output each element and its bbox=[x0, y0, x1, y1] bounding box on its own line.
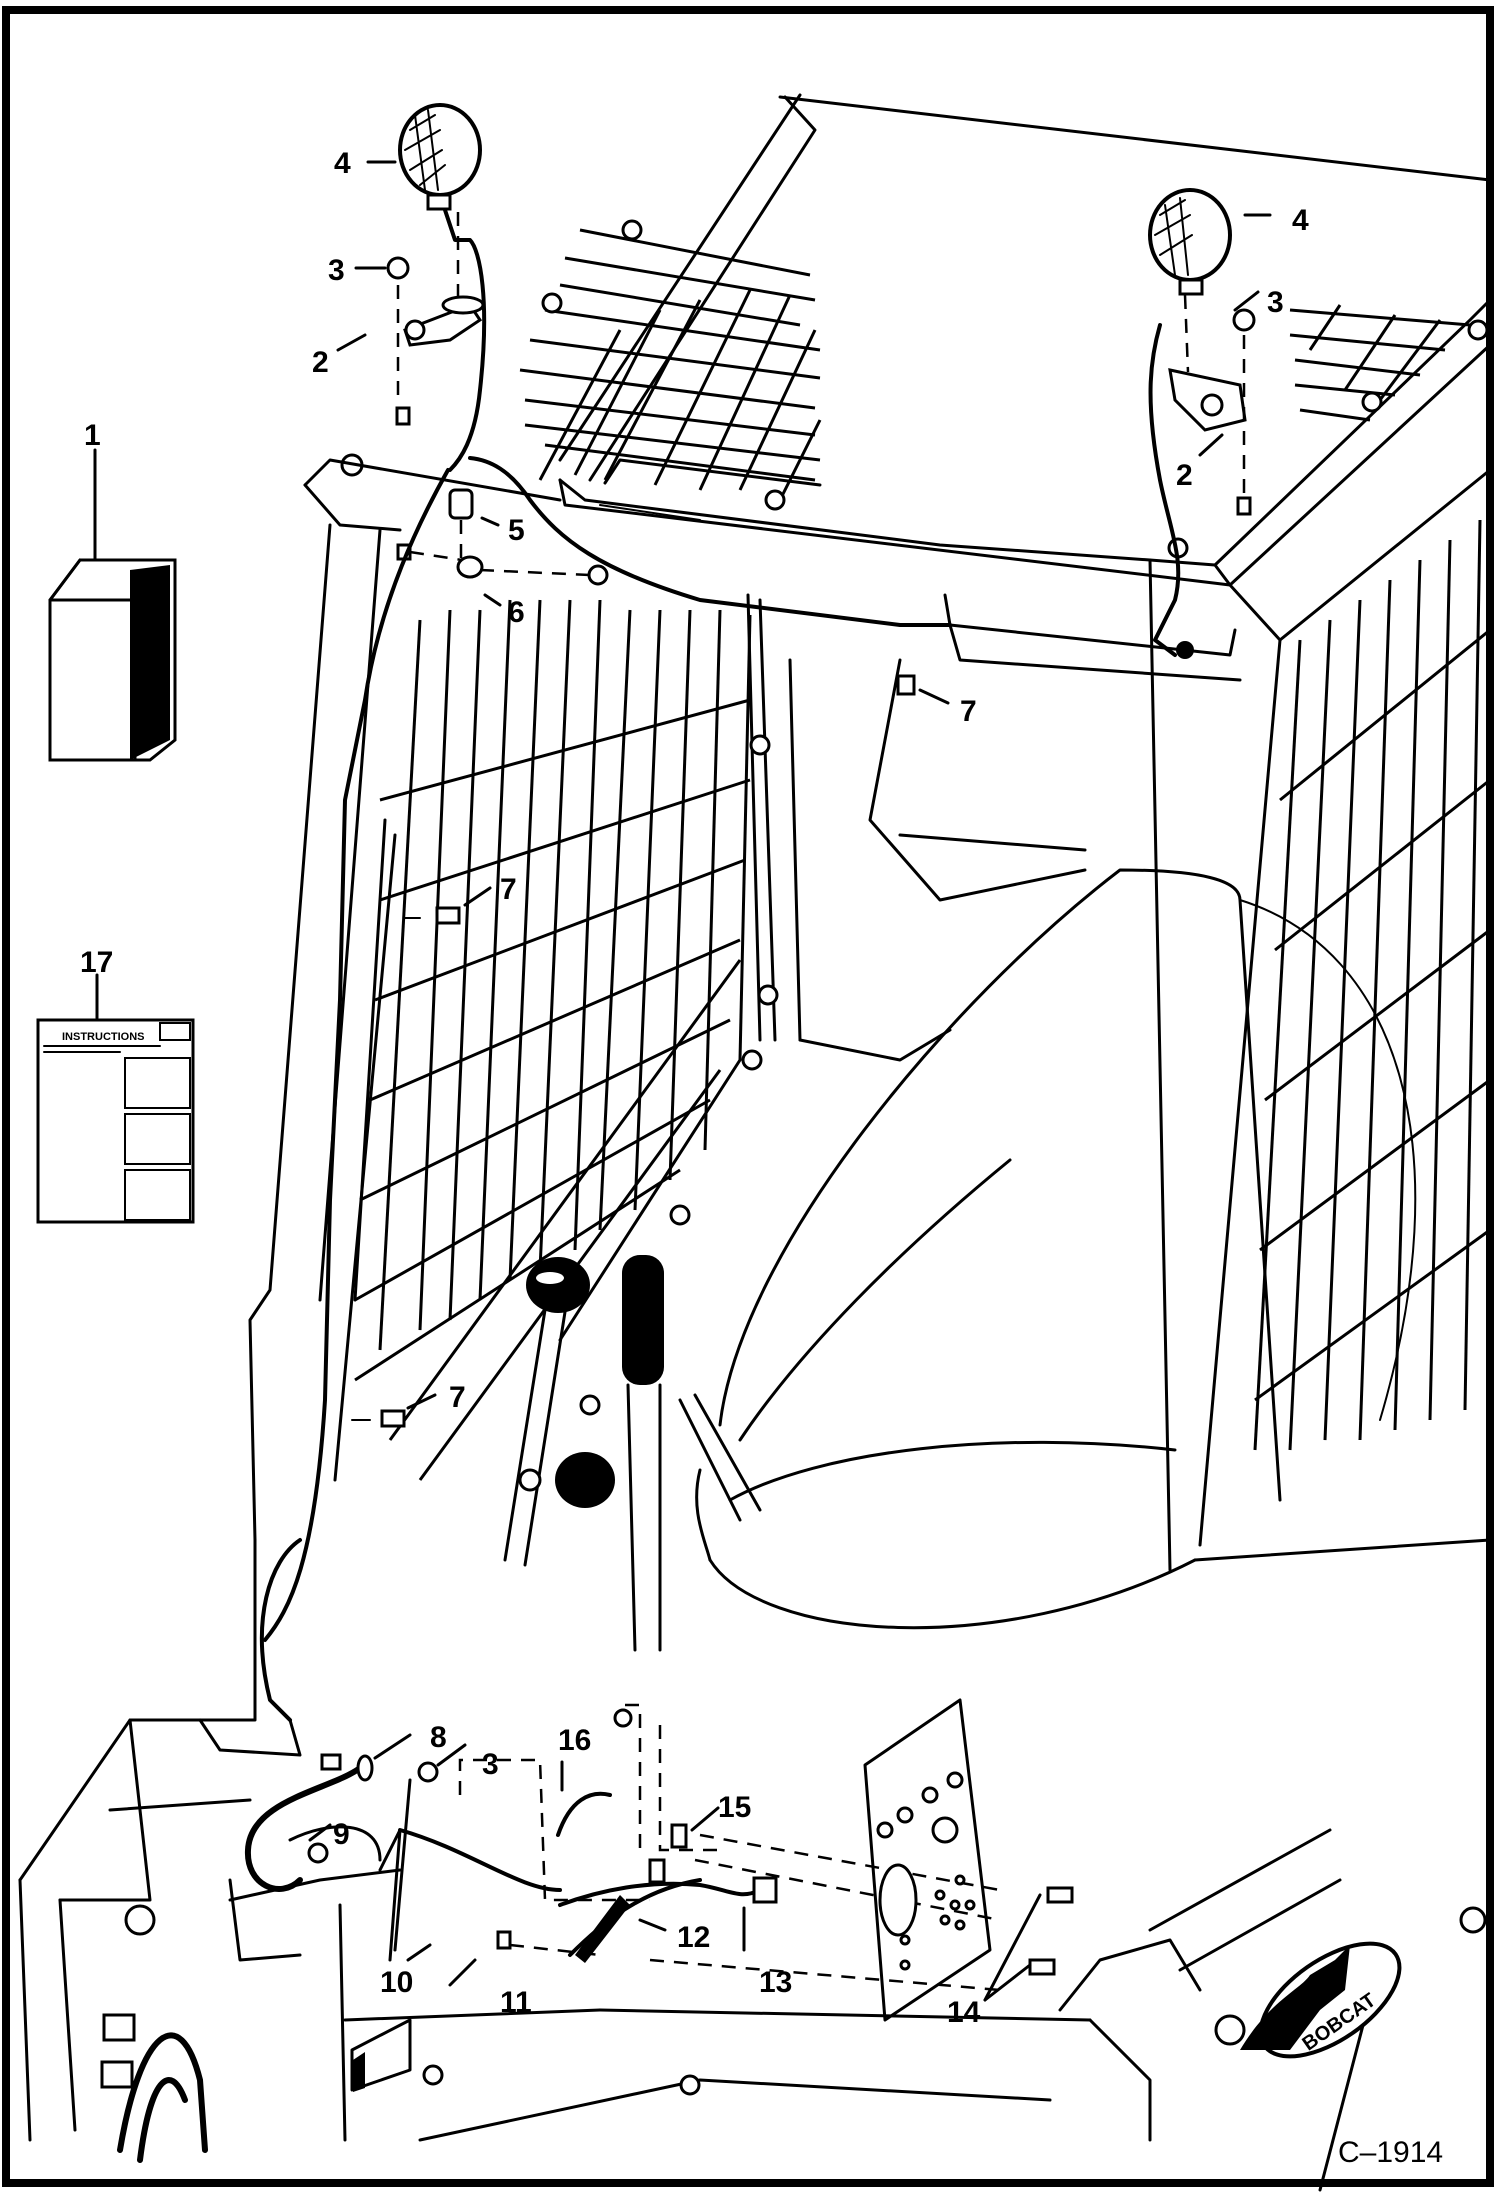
seat bbox=[697, 870, 1416, 1628]
callout-numbers: 1 2 3 4 4 3 2 5 6 7 7 7 17 8 3 9 16 15 1… bbox=[80, 147, 1309, 2029]
callout-2-left: 2 bbox=[312, 346, 329, 379]
part-17-instructions-sheet: INSTRUCTIONS bbox=[38, 1020, 193, 1222]
brand-logo: BOBCAT bbox=[1240, 1921, 1418, 2078]
callout-3-lower: 3 bbox=[482, 1748, 499, 1781]
callout-3-left: 3 bbox=[328, 254, 345, 287]
light-bracket-left bbox=[405, 297, 483, 345]
callout-15: 15 bbox=[718, 1791, 751, 1824]
callout-1: 1 bbox=[84, 419, 101, 452]
callout-17: 17 bbox=[80, 946, 113, 979]
callout-leaders bbox=[95, 162, 1270, 2000]
light-bracket-right bbox=[1170, 370, 1245, 430]
callout-11: 11 bbox=[500, 1986, 532, 2019]
callout-16: 16 bbox=[558, 1724, 591, 1757]
work-light-left bbox=[400, 105, 950, 625]
hydraulic-hoses bbox=[102, 2015, 205, 2160]
cab-roof bbox=[342, 95, 1490, 585]
wire-clip bbox=[382, 1411, 404, 1426]
callout-7-lower: 7 bbox=[449, 1381, 466, 1414]
instructions-title: INSTRUCTIONS bbox=[62, 1031, 145, 1043]
instrument-panel bbox=[865, 1700, 1072, 2020]
callout-3-right: 3 bbox=[1267, 286, 1284, 319]
callout-14: 14 bbox=[947, 1996, 981, 2029]
side-mesh bbox=[355, 600, 750, 1480]
callout-5: 5 bbox=[508, 514, 525, 547]
callout-7-right: 7 bbox=[960, 695, 977, 728]
callout-12: 12 bbox=[677, 1921, 710, 1954]
figure-id: C–1914 bbox=[1338, 2136, 1443, 2169]
wire-clip bbox=[898, 676, 914, 694]
lower-wiring bbox=[460, 1705, 1000, 1990]
right-mesh bbox=[1255, 520, 1490, 1450]
callout-13: 13 bbox=[759, 1966, 792, 1999]
wire-clip bbox=[437, 908, 459, 923]
control-levers bbox=[505, 1206, 760, 1650]
part-1-box bbox=[0, 560, 175, 760]
callout-9: 9 bbox=[333, 1818, 350, 1851]
callout-4-left: 4 bbox=[334, 147, 351, 180]
callout-2-right: 2 bbox=[1176, 459, 1193, 492]
callout-4-right: 4 bbox=[1292, 204, 1309, 237]
callout-7-middle: 7 bbox=[500, 873, 517, 906]
parts-diagram: BOBCAT INSTRUCTIONS bbox=[0, 0, 1498, 2194]
callout-8: 8 bbox=[430, 1721, 447, 1754]
loader-frame bbox=[20, 1540, 1485, 2190]
callout-10: 10 bbox=[380, 1966, 413, 1999]
callout-6: 6 bbox=[508, 596, 525, 629]
